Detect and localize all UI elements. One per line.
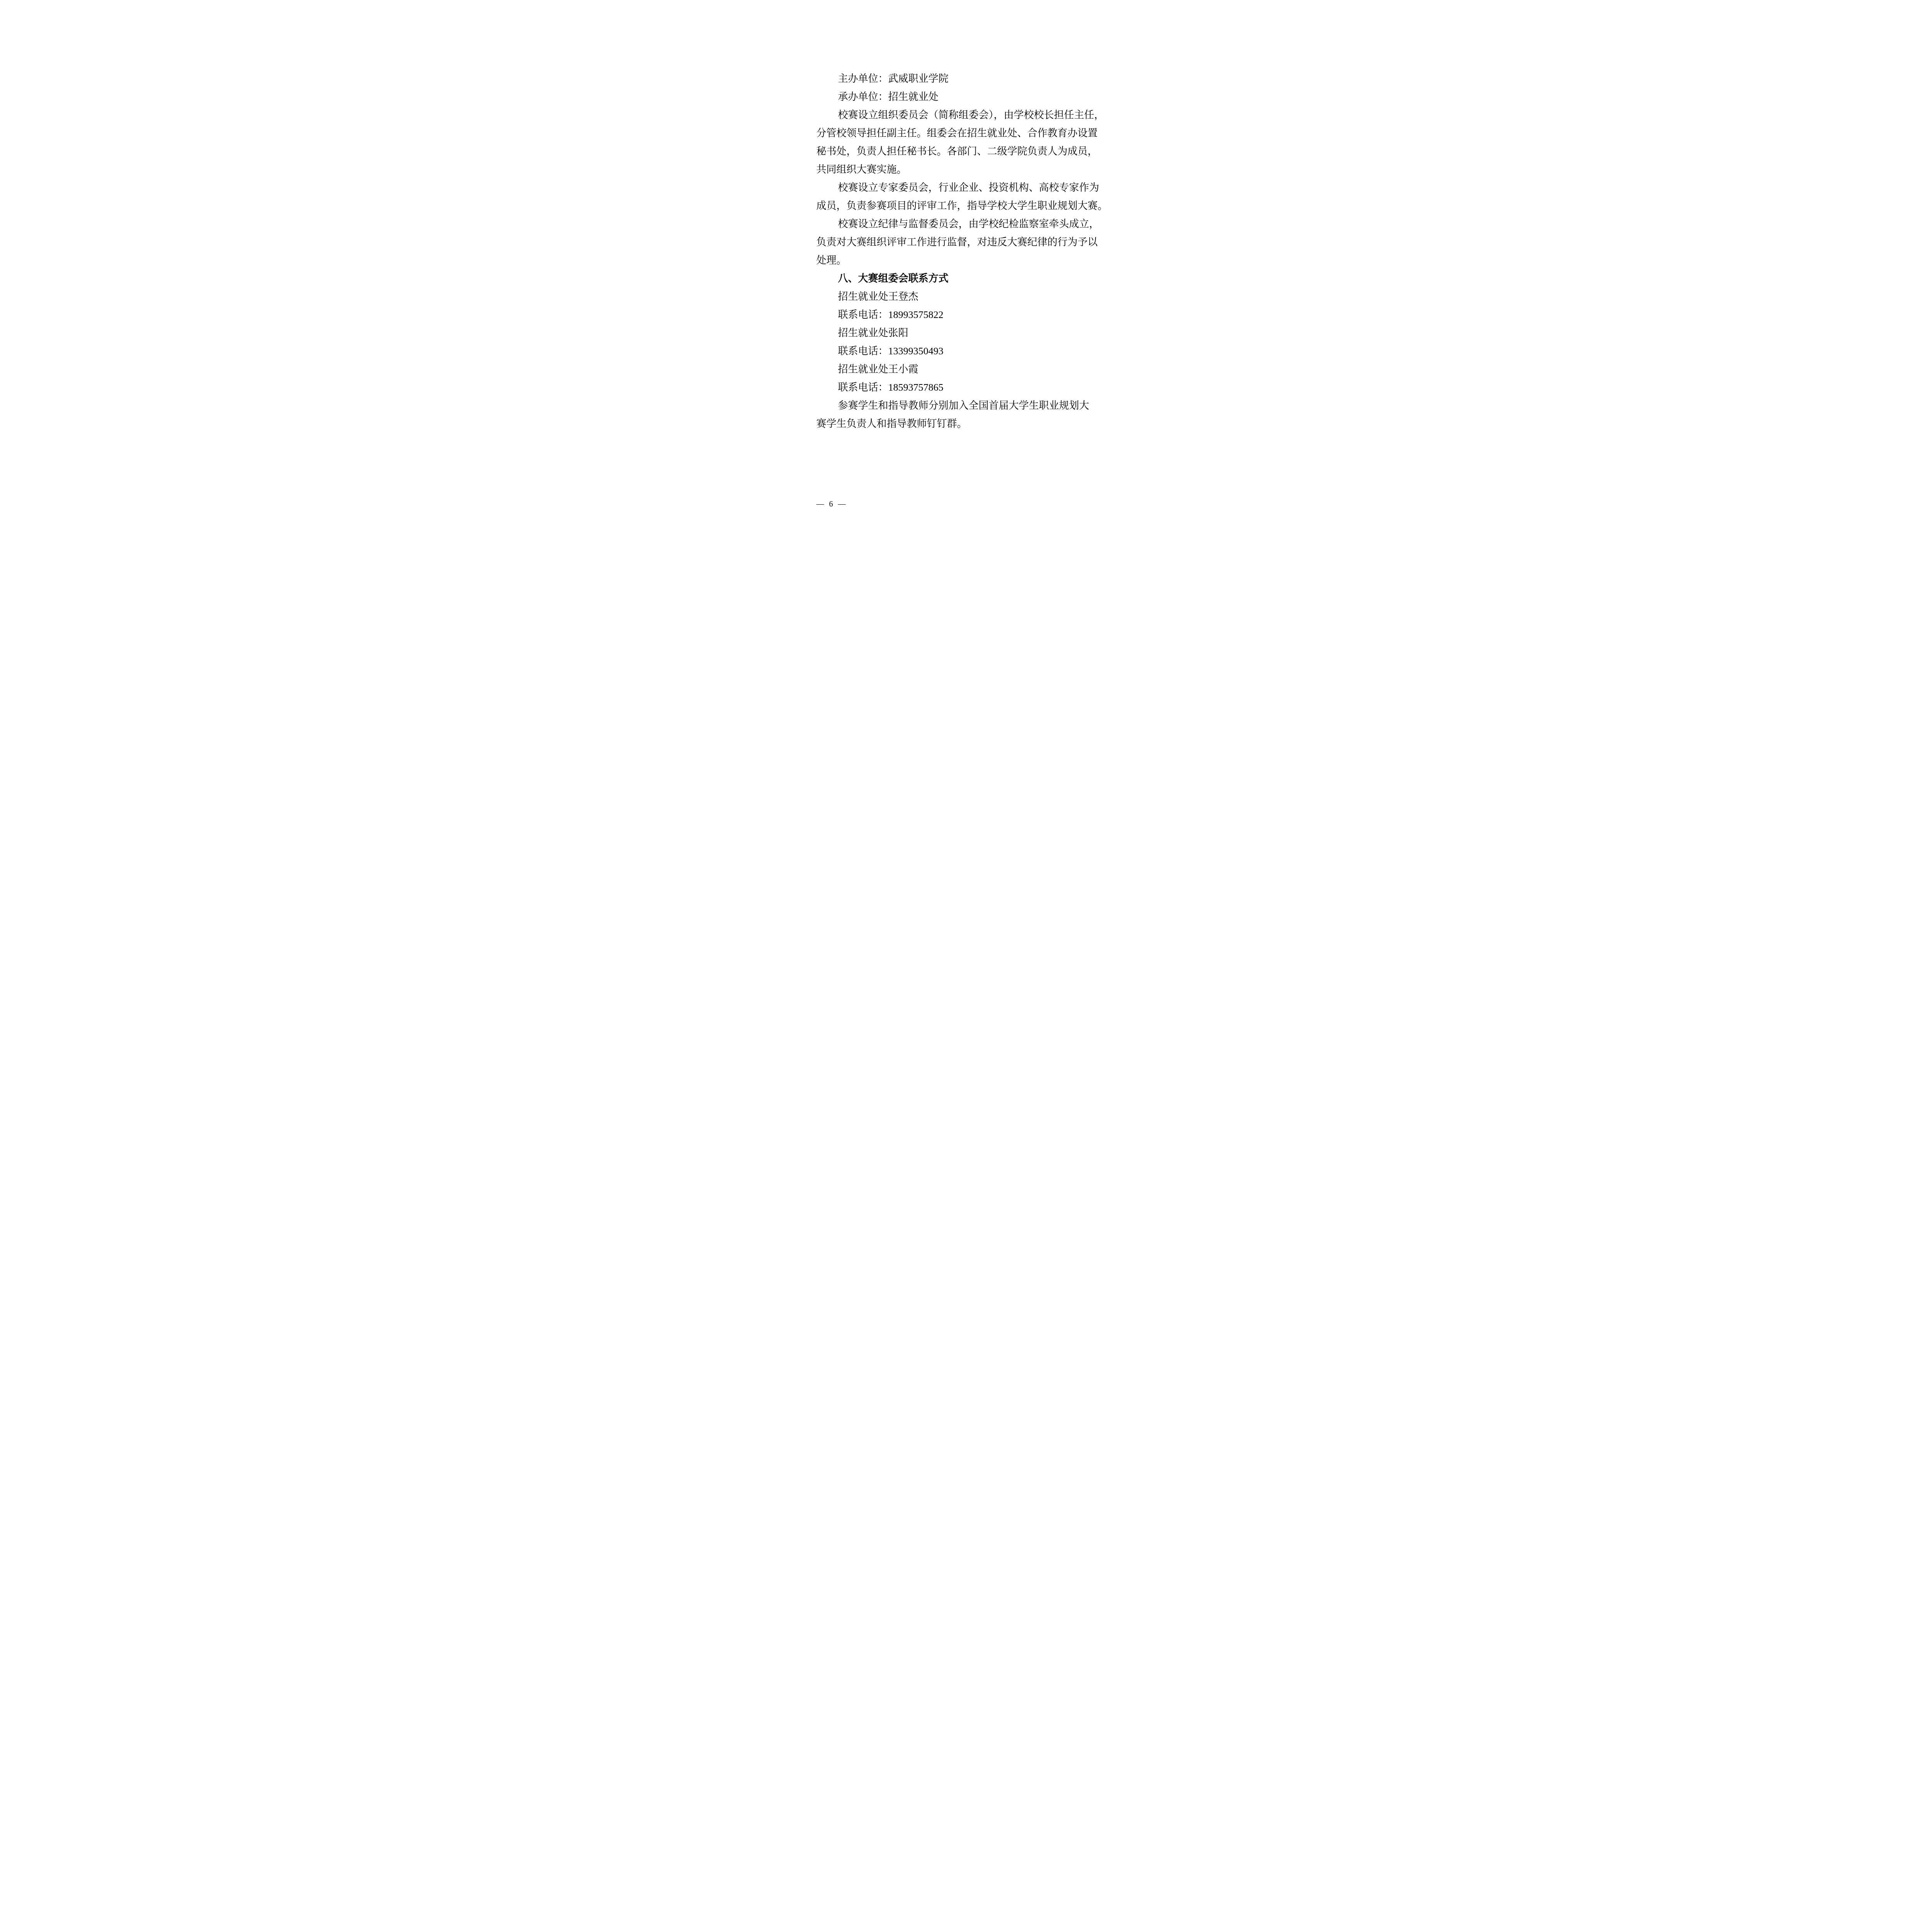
organizing-committee-paragraph-line: 分管校领导担任副主任。组委会在招生就业处、合作教育办设置 bbox=[816, 124, 1118, 142]
contact-phone-line: 联系电话：18993575822 bbox=[816, 306, 1118, 324]
contact-phone-line: 联系电话：13399350493 bbox=[816, 342, 1118, 360]
undertaking-unit-label: 承办单位： bbox=[838, 91, 888, 102]
host-unit-line: 主办单位：武威职业学院 bbox=[816, 70, 1118, 88]
page-number: — 6 — bbox=[816, 498, 847, 510]
expert-committee-paragraph-line: 校赛设立专家委员会，行业企业、投资机构、高校专家作为 bbox=[816, 179, 1118, 197]
undertaking-unit-value: 招生就业处 bbox=[888, 91, 939, 102]
discipline-committee-paragraph-line: 负责对大赛组织评审工作进行监督，对违反大赛纪律的行为予以 bbox=[816, 233, 1118, 251]
closing-paragraph-line: 赛学生负责人和指导教师钉钉群。 bbox=[816, 415, 1118, 433]
discipline-committee-paragraph-line: 校赛设立纪律与监督委员会，由学校纪检监察室牵头成立， bbox=[816, 215, 1118, 233]
expert-committee-paragraph-line: 成员，负责参赛项目的评审工作，指导学校大学生职业规划大赛。 bbox=[816, 197, 1118, 215]
section-heading: 八、大赛组委会联系方式 bbox=[816, 269, 1118, 287]
contact-phone-label: 联系电话： bbox=[838, 382, 888, 393]
contact-name-line: 招生就业处张阳 bbox=[816, 324, 1118, 342]
document-body: 主办单位：武威职业学院 承办单位：招生就业处 校赛设立组织委员会（简称组委会），… bbox=[816, 70, 1118, 433]
document-page: 主办单位：武威职业学院 承办单位：招生就业处 校赛设立组织委员会（简称组委会），… bbox=[767, 0, 1150, 542]
closing-paragraph-line: 参赛学生和指导教师分别加入全国首届大学生职业规划大 bbox=[816, 396, 1118, 415]
contact-phone-label: 联系电话： bbox=[838, 345, 888, 357]
host-unit-label: 主办单位： bbox=[838, 73, 888, 84]
organizing-committee-paragraph-line: 秘书处，负责人担任秘书长。各部门、二级学院负责人为成员， bbox=[816, 142, 1118, 160]
organizing-committee-paragraph-line: 共同组织大赛实施。 bbox=[816, 160, 1118, 179]
contact-phone-label: 联系电话： bbox=[838, 309, 888, 320]
undertaking-unit-line: 承办单位：招生就业处 bbox=[816, 88, 1118, 106]
contact-phone-line: 联系电话：18593757865 bbox=[816, 378, 1118, 396]
contact-phone-number: 18593757865 bbox=[888, 382, 944, 393]
contact-name-line: 招生就业处王小霞 bbox=[816, 360, 1118, 378]
contact-phone-number: 13399350493 bbox=[888, 345, 944, 357]
discipline-committee-paragraph-line: 处理。 bbox=[816, 251, 1118, 269]
host-unit-value: 武威职业学院 bbox=[888, 73, 949, 84]
contact-name-line: 招生就业处王登杰 bbox=[816, 287, 1118, 306]
contact-phone-number: 18993575822 bbox=[888, 309, 944, 320]
organizing-committee-paragraph-line: 校赛设立组织委员会（简称组委会），由学校校长担任主任， bbox=[816, 106, 1118, 124]
